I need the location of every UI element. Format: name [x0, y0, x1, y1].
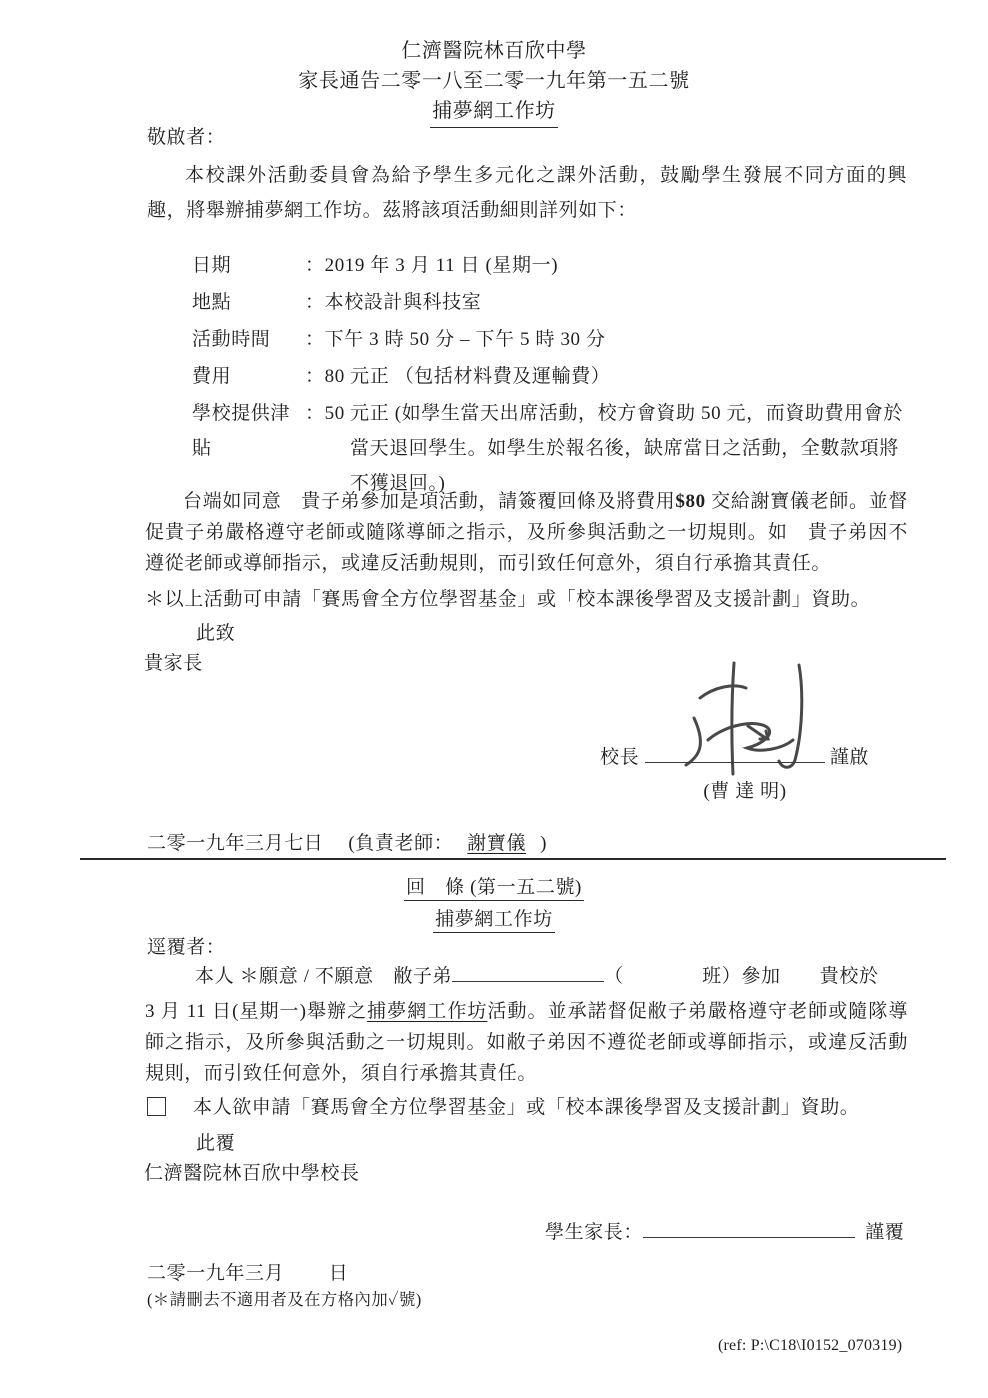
detail-row-fee: 費用 ：80 元正 （包括材料費及運輸費） — [192, 359, 908, 394]
funding-note: ＊以上活動可申請「賽馬會全方位學習基金」或「校本課後學習及支援計劃」資助。 — [145, 584, 870, 611]
notice-number: 家長通告二零一八至二零一九年第一五二號 — [0, 66, 988, 96]
detail-value: ：下午 3 時 50 分 – 下午 5 時 30 分 — [305, 322, 908, 357]
section-divider — [80, 858, 946, 860]
detail-label: 地點 — [192, 285, 305, 320]
parent-sign-row: 學生家長： 謹覆 — [545, 1218, 904, 1248]
teacher-name: 謝寶儀 — [453, 833, 540, 854]
intro-paragraph: 本校課外活動委員會為給予學生多元化之課外活動，鼓勵學生發展不同方面的興趣，將舉辦… — [147, 158, 907, 228]
reply-body-prefix: 3 月 11 日(星期一)舉辦之 — [145, 1001, 367, 1022]
reply-heading: 回 條 (第一五二號) — [0, 872, 988, 901]
reply-closing-cifu: 此覆 — [196, 1128, 235, 1155]
reply-subheading: 捕夢網工作坊 — [0, 904, 988, 933]
principal-label: 校長 — [600, 747, 639, 768]
reply-line1: 本人 ＊願意 / 不願意 敝子弟（ 班）參加 貴校於 — [147, 961, 947, 988]
detail-row-date: 日期 ：2019 年 3 月 11 日 (星期一) — [192, 248, 908, 283]
detail-value: ：80 元正 （包括材料費及運輸費） — [305, 359, 908, 394]
parent-signature-blank — [643, 1237, 855, 1238]
document-page: 仁濟醫院林百欣中學 家長通告二零一八至二零一九年第一五二號 捕夢網工作坊 敬啟者… — [0, 0, 988, 1398]
closing-recipient: 貴家長 — [144, 648, 203, 675]
school-name: 仁濟醫院林百欣中學 — [0, 36, 988, 66]
reply-body: 3 月 11 日(星期一)舉辦之捕夢網工作坊活動。並承諾督促敝子弟嚴格遵守老師或… — [145, 996, 908, 1089]
detail-row-venue: 地點 ：本校設計與科技室 — [192, 285, 908, 320]
detail-label: 費用 — [192, 359, 305, 394]
agreement-text-before: 台端如同意 貴子弟參加是項活動，請簽覆回條及將費用 — [183, 491, 675, 512]
detail-label: 活動時間 — [192, 322, 305, 357]
issue-date-line: 二零一九年三月七日 (負責老師：謝寶儀) — [147, 828, 547, 855]
activity-details: 日期 ：2019 年 3 月 11 日 (星期一) 地點 ：本校設計與科技室 活… — [192, 248, 908, 503]
apply-funding-text: 本人欲申請「賽馬會全方位學習基金」或「校本課後學習及支援計劃」資助。 — [193, 1097, 859, 1118]
reply-activity-name: 捕夢網工作坊 — [367, 1001, 487, 1022]
document-ref: (ref: P:\C18\I0152_070319) — [718, 1337, 902, 1355]
reply-consent-text: 本人 ＊願意 / 不願意 敝子弟 — [195, 966, 452, 987]
document-header: 仁濟醫院林百欣中學 家長通告二零一八至二零一九年第一五二號 捕夢網工作坊 — [0, 36, 988, 128]
detail-value: ：本校設計與科技室 — [305, 285, 908, 320]
fee-amount: $80 — [675, 491, 705, 512]
principal-name: (曹 達 明) — [655, 776, 835, 803]
issue-date-close: ) — [540, 833, 547, 854]
reply-class-text: （ 班）參加 貴校於 — [604, 966, 878, 987]
detail-label: 日期 — [192, 248, 305, 283]
principal-sign-row: 校長 謹啟 — [600, 743, 869, 773]
funding-checkbox — [147, 1097, 166, 1116]
closing-cizhi: 此致 — [196, 618, 235, 645]
detail-row-time: 活動時間 ：下午 3 時 50 分 – 下午 5 時 30 分 — [192, 322, 908, 357]
principal-signature-line — [645, 762, 825, 763]
issue-date: 二零一九年三月七日 (負責老師： — [147, 833, 453, 854]
reply-salutation: 逕覆者： — [147, 932, 225, 959]
reply-date-line: 二零一九年三月 日 — [147, 1258, 348, 1285]
agreement-paragraph: 台端如同意 貴子弟參加是項活動，請簽覆回條及將費用$80 交給謝寶儀老師。並督促… — [145, 486, 908, 579]
parent-label: 學生家長： — [545, 1222, 643, 1243]
instruction-footnote: (＊請刪去不適用者及在方格內加✓號) — [147, 1286, 422, 1310]
principal-suffix: 謹啟 — [830, 747, 869, 768]
parent-suffix: 謹覆 — [865, 1222, 904, 1243]
student-name-blank — [452, 981, 604, 982]
apply-funding-row: 本人欲申請「賽馬會全方位學習基金」或「校本課後學習及支援計劃」資助。 — [147, 1092, 859, 1119]
reply-closing-principal: 仁濟醫院林百欣中學校長 — [144, 1158, 360, 1185]
letter-salutation: 敬啟者： — [147, 122, 225, 149]
detail-value: ：2019 年 3 月 11 日 (星期一) — [305, 248, 908, 283]
